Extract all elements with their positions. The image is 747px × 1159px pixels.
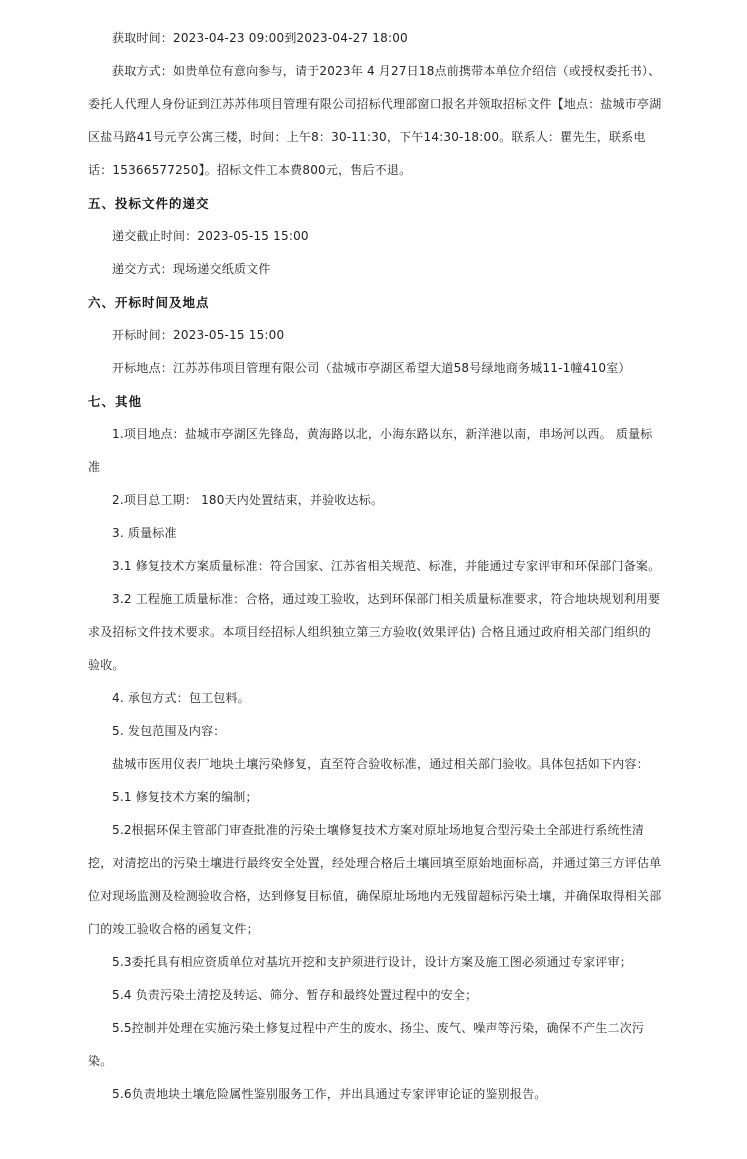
other-item-5-4: 5.4 负责污染土清挖及转运、筛分、暂存和最终处置过程中的安全；: [88, 979, 662, 1012]
other-item-3-1: 3.1 修复技术方案质量标准：符合国家、江苏省相关规范、标准，并能通过专家评审和…: [88, 550, 662, 583]
acquire-time: 获取时间：2023-04-23 09:00到2023-04-27 18:00: [88, 22, 662, 55]
other-item-contract-mode: 4. 承包方式：包工包料。: [88, 682, 662, 715]
other-item-quality-standard: 3. 质量标准: [88, 517, 662, 550]
acquire-method: 获取方式：如贵单位有意向参与，请于2023年 4 月27日18点前携带本单位介绍…: [88, 55, 662, 187]
other-item-project-location: 1.项目地点：盐城市亭湖区先锋岛，黄海路以北，小海东路以东，新洋港以南，串场河以…: [88, 418, 662, 484]
document-body: 获取时间：2023-04-23 09:00到2023-04-27 18:00 获…: [88, 22, 662, 1111]
other-item-5-6: 5.6负责地块土壤危险属性鉴别服务工作，并出具通过专家评审论证的鉴别报告。: [88, 1078, 662, 1111]
submission-deadline: 递交截止时间：2023-05-15 15:00: [88, 220, 662, 253]
opening-time: 开标时间：2023-05-15 15:00: [88, 319, 662, 352]
section-5-heading: 五、投标文件的递交: [88, 187, 662, 220]
other-item-5-1: 5.1 修复技术方案的编制；: [88, 781, 662, 814]
section-6-heading: 六、开标时间及地点: [88, 286, 662, 319]
other-item-duration: 2.项目总工期： 180天内处置结束，并验收达标。: [88, 484, 662, 517]
other-item-5-2: 5.2根据环保主管部门审查批准的污染土壤修复技术方案对原址场地复合型污染土全部进…: [88, 814, 662, 946]
other-item-scope: 5. 发包范围及内容：: [88, 715, 662, 748]
submission-method: 递交方式：现场递交纸质文件: [88, 253, 662, 286]
other-item-5-3: 5.3委托具有相应资质单位对基坑开挖和支护须进行设计，设计方案及施工图必须通过专…: [88, 946, 662, 979]
section-7-heading: 七、其他: [88, 385, 662, 418]
opening-place: 开标地点：江苏苏伟项目管理有限公司（盐城市亭湖区希望大道58号绿地商务城11-1…: [88, 352, 662, 385]
other-item-scope-detail: 盐城市医用仪表厂地块土壤污染修复，直至符合验收标准，通过相关部门验收。具体包括如…: [88, 748, 662, 781]
other-item-3-2: 3.2 工程施工质量标准：合格，通过竣工验收，达到环保部门相关质量标准要求，符合…: [88, 583, 662, 682]
other-item-5-5: 5.5控制并处理在实施污染土修复过程中产生的废水、扬尘、废气、噪声等污染，确保不…: [88, 1012, 662, 1078]
